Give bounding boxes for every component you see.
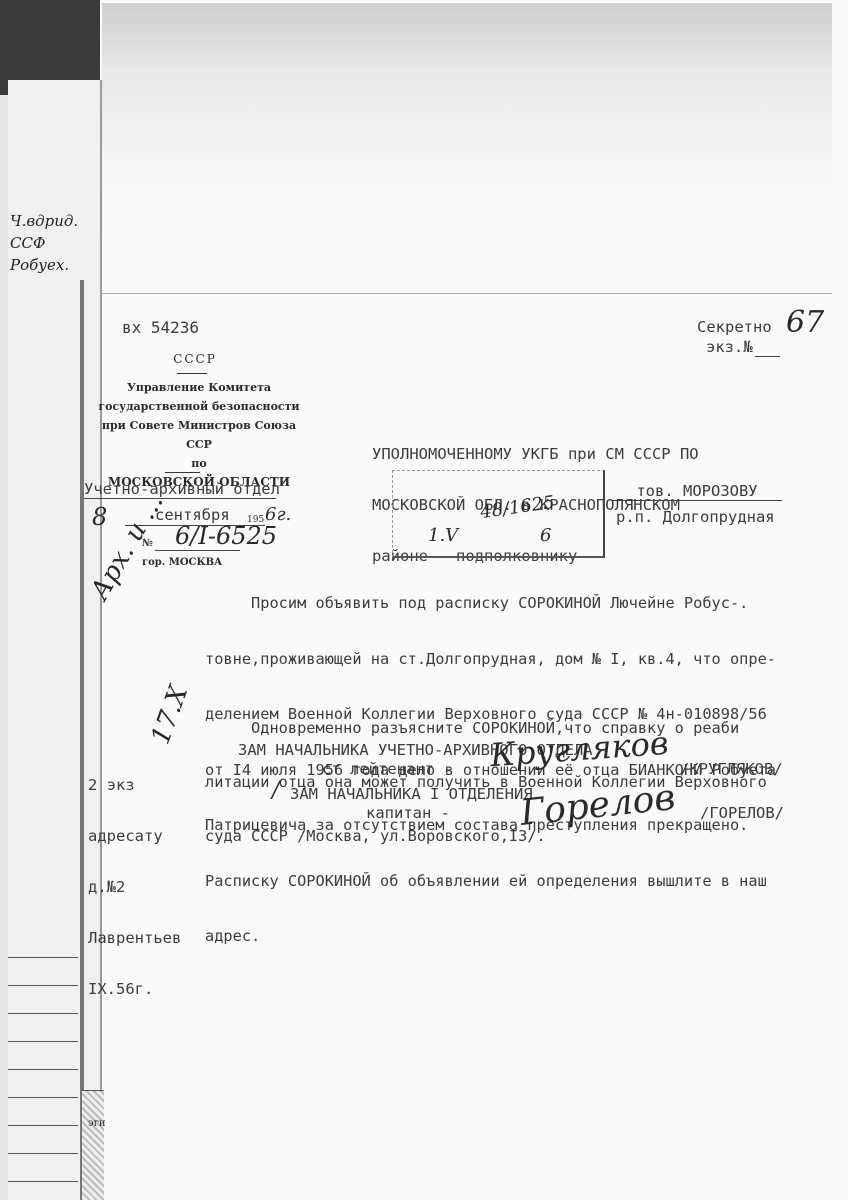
letterhead-line: при Совете Министров Союза ССР (94, 416, 304, 454)
stamp-sheet: 6 (540, 525, 551, 546)
copy-number: 67 (786, 305, 824, 340)
top-blank-sheet (102, 3, 832, 294)
outgoing-number: 6/I-6525 (175, 522, 277, 550)
body-line: адрес. (205, 927, 776, 946)
signature-1-name: /КРУГЛЯКОВ/ (680, 760, 783, 778)
addressee-place: р.п. Долгопрудная (616, 508, 775, 526)
classification: Секретно (697, 318, 772, 336)
binder-index-lines (8, 930, 78, 1200)
copy-underline (755, 356, 780, 357)
spine-handwritten-note: Ч.вдрид. ССФ Робуех. (10, 210, 98, 276)
margin-handwritten-date: 17.X (146, 682, 195, 749)
signature-2-mark: / (272, 778, 279, 803)
distribution-line: Лаврентьев (88, 930, 181, 947)
body-line: суда СССР /Москва, ул.Воровского,I3/. (205, 827, 767, 845)
letterhead-line: Управление Комитета (94, 378, 304, 397)
distribution-note: 2 экз адресату д.№2 Лаврентьев IX.56г. (88, 743, 181, 1015)
incoming-number: вх 54236 (122, 318, 199, 337)
binder-edge (80, 280, 84, 1200)
date-day: 8 (92, 503, 107, 531)
body-line: товне,проживающей на ст.Долгопрудная, до… (205, 650, 776, 669)
body-line: Одновременно разъясните СОРОКИНОЙ,что сп… (205, 719, 767, 737)
letterhead-country: СССР (100, 352, 290, 366)
seal-fragment (82, 1090, 104, 1200)
signature-2-rank: капитан - (366, 804, 450, 822)
number-line (155, 550, 240, 551)
body-line: Просим объявить под расписку СОРОКИНОЙ Л… (205, 594, 776, 613)
signature-2-name: /ГОРЕЛОВ/ (700, 804, 784, 822)
body-line: Расписку СОРОКИНОЙ об объявлении ей опре… (205, 872, 776, 891)
letterhead-line: государственной безопасности (94, 397, 304, 416)
spine-note-line: Робуех. (10, 254, 98, 276)
copy-label: экз.№ (706, 338, 753, 356)
addressee-name-text: тов. МОРОЗОВУ (636, 482, 757, 500)
letterhead-divider (177, 373, 207, 374)
distribution-line: д.№2 (88, 879, 181, 896)
distribution-line: адресату (88, 828, 181, 845)
signature-2-title: ЗАМ НАЧАЛЬНИКА I ОТДЕЛЕНИЯ (290, 785, 533, 803)
distribution-line: IX.56г. (88, 981, 181, 998)
letterhead-block: Управление Комитета государственной безо… (94, 378, 304, 492)
addressee-line: УПОЛНОМОЧЕННОМУ УКГБ при СМ СССР ПО (372, 446, 699, 463)
spine-note-line: ССФ (10, 232, 98, 254)
department-text: Учетно-архивный отдел (84, 480, 280, 498)
spine-note-line: Ч.вдрид. (10, 210, 98, 232)
stamp-date: 1.V (428, 525, 458, 546)
page-edge (0, 0, 8, 1200)
addressee-name: тов. МОРОЗОВУ (612, 482, 782, 501)
signature-1-rank: ст лейтенант - (322, 760, 453, 778)
letterhead-line: по (94, 454, 304, 473)
seal-text: эги (88, 1118, 106, 1129)
distribution-line: 2 экз (88, 777, 181, 794)
